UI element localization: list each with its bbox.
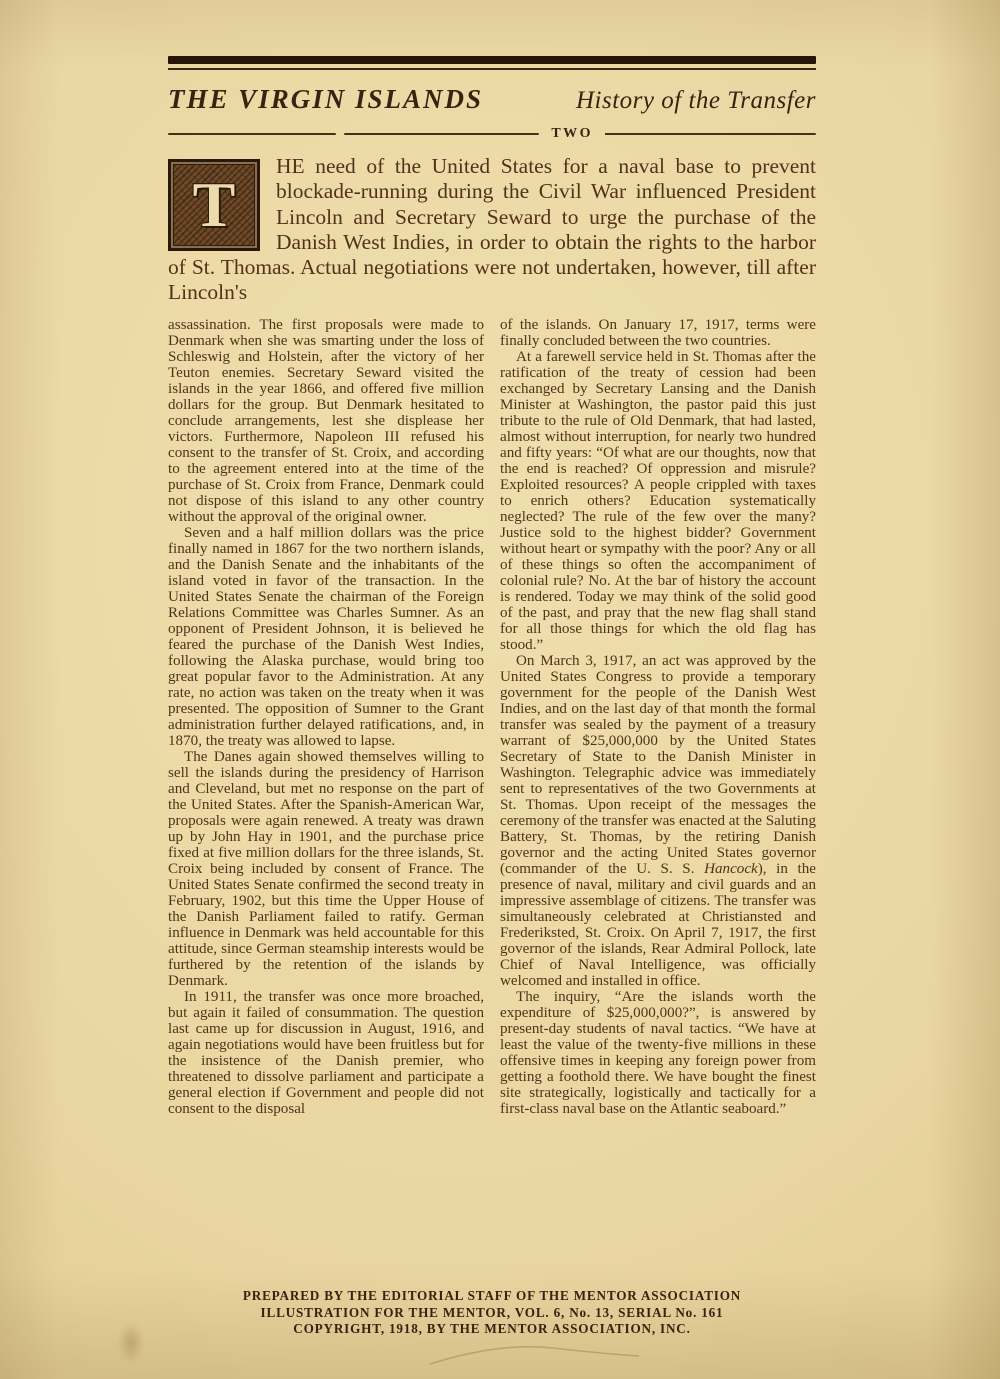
drop-cap-letter: T — [193, 173, 236, 237]
section-title: History of the Transfer — [576, 87, 816, 115]
folio-rule-left-a — [168, 133, 336, 135]
magazine-page: THE VIRGIN ISLANDS History of the Transf… — [0, 0, 1000, 1379]
page-content: THE VIRGIN ISLANDS History of the Transf… — [168, 56, 816, 1297]
left-column: assassination. The first proposals were … — [168, 317, 484, 1297]
folio-rule-right — [605, 133, 816, 135]
folio-row: TWO — [168, 125, 816, 142]
paper-smudge — [118, 1322, 144, 1364]
body-paragraph: of the islands. On January 17, 1917, ter… — [500, 317, 816, 349]
colophon: PREPARED BY THE EDITORIAL STAFF OF THE M… — [168, 1288, 816, 1338]
body-paragraph: Seven and a half million dollars was the… — [168, 525, 484, 749]
running-header: THE VIRGIN ISLANDS History of the Transf… — [168, 84, 816, 115]
top-rule-thin — [168, 68, 816, 70]
pencil-mark — [425, 1336, 645, 1372]
drop-cap-block: T — [168, 159, 260, 251]
lead-text: HE need of the United States for a naval… — [168, 154, 816, 304]
right-column: of the islands. On January 17, 1917, ter… — [500, 317, 816, 1297]
page-title: THE VIRGIN ISLANDS — [168, 84, 483, 115]
body-paragraph: The inquiry, “Are the islands worth the … — [500, 989, 816, 1117]
body-paragraph: The Danes again showed themselves willin… — [168, 749, 484, 989]
body-columns: assassination. The first proposals were … — [168, 317, 816, 1297]
colophon-line: PREPARED BY THE EDITORIAL STAFF OF THE M… — [168, 1288, 816, 1305]
page-number: TWO — [551, 126, 593, 142]
colophon-line: ILLUSTRATION FOR THE MENTOR, VOL. 6, No.… — [168, 1305, 816, 1322]
lead-paragraph: THE need of the United States for a nava… — [168, 154, 816, 306]
folio-rule-left-b — [344, 133, 539, 135]
body-paragraph: assassination. The first proposals were … — [168, 317, 484, 525]
top-rule-thick — [168, 56, 816, 64]
body-paragraph: On March 3, 1917, an act was approved by… — [500, 653, 816, 989]
body-paragraph: In 1911, the transfer was once more broa… — [168, 989, 484, 1117]
body-paragraph: At a farewell service held in St. Thomas… — [500, 349, 816, 653]
